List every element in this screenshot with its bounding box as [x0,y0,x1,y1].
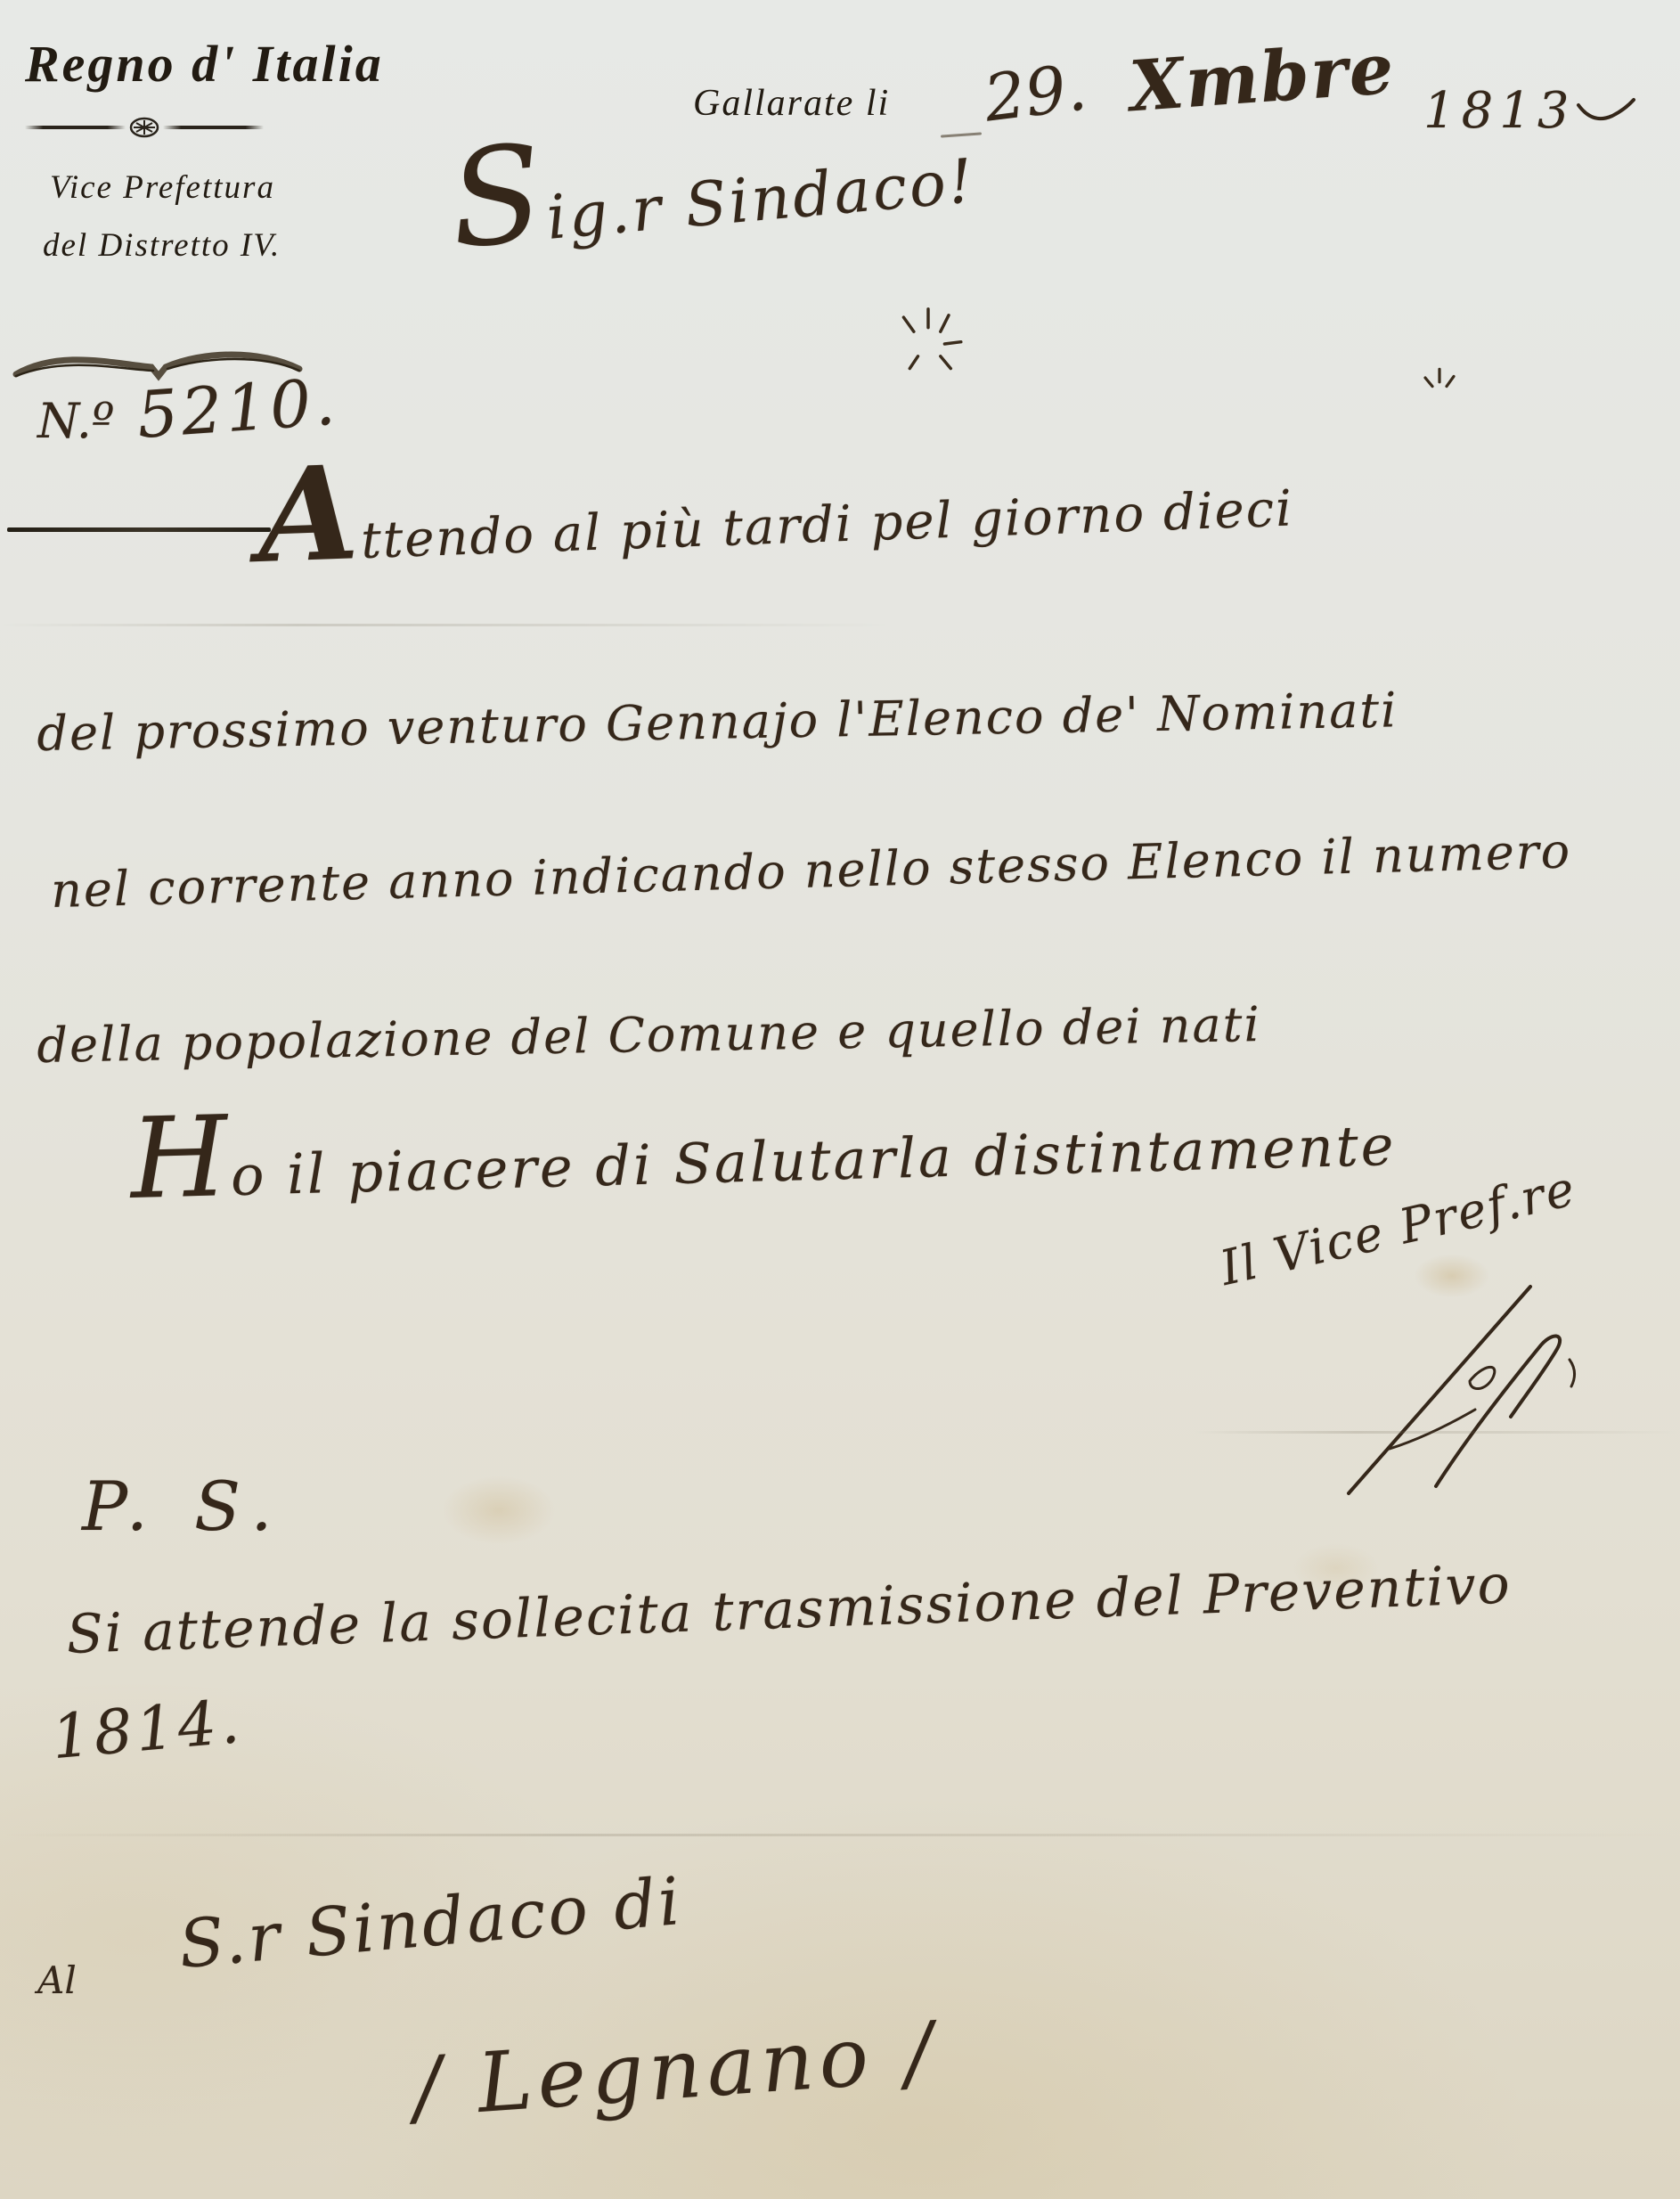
body-line-3: nel corrente anno indicando nello stesso… [50,822,1571,919]
sunburst-doodle-icon [887,303,969,385]
rosette-icon [129,117,159,138]
signature-flourish-icon [1336,1274,1675,1497]
kingdom-title: Regno d' Italia [25,34,384,94]
letterhead: Regno d' Italia Vice Prefettura del Dist… [25,34,384,265]
sunburst-doodle-small-icon [1411,364,1468,421]
crease-line-right [1194,1431,1680,1434]
office-line-1: Vice Prefettura [50,168,384,207]
divider-line-left [25,126,126,129]
postscript-label: P. S. [82,1467,285,1546]
crease-line-bottom [0,1834,1680,1836]
address-prefix: Al [37,1958,77,2002]
crease-line-top [0,624,891,626]
place-label: Gallarate li [693,82,890,125]
closing-line: Ho il piacere di Salutarla distintamente [130,1109,1397,1211]
postscript-line-1: Si attende la sollecita trasmissione del… [66,1553,1513,1666]
address-line-2: / Legnano / [411,2004,942,2136]
body-line-4: della popolazione del Comune e quello de… [37,996,1261,1074]
date-year: 1813 [1423,82,1576,140]
date-month: Xmbre [1127,29,1398,128]
postscript-year: 1814. [49,1687,246,1773]
date-day: 29. [980,49,1090,135]
year-flourish-icon [1575,96,1637,128]
divider-line-right [163,126,264,129]
salutation: Sig.r Sindaco! [448,129,978,262]
body-line-2: del prossimo venturo Gennajo l'Elenco de… [37,682,1399,762]
protocol-number-label: N.º [37,393,114,449]
rule-divider [7,527,271,532]
letter-document: Regno d' Italia Vice Prefettura del Dist… [0,0,1680,2199]
body-line-1: Attendo al più tardi pel giorno dieci [257,463,1294,574]
office-line-2: del Distretto IV. [43,226,384,265]
address-line-1: S.r Sindaco di [176,1863,686,1983]
letterhead-divider [25,117,264,138]
